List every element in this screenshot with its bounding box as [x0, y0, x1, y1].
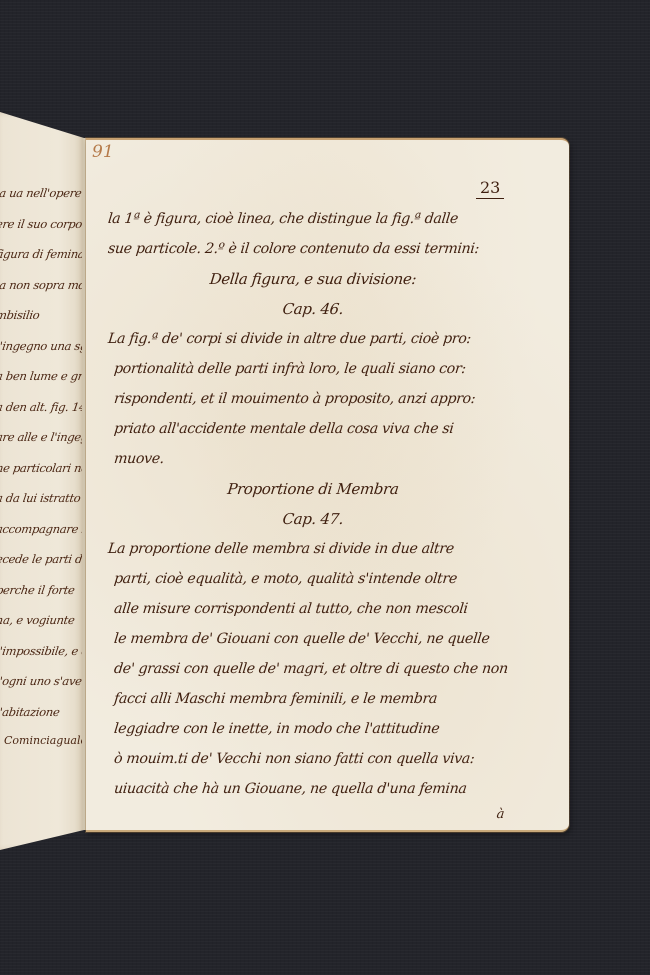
verso-line: mbisilio — [0, 300, 84, 331]
verso-signature-note: Cominciaguale della fig. il — [4, 734, 84, 747]
verso-line: l'ogni uno s'avendar — [0, 666, 84, 697]
text-line: rispondenti, et il mouimento à proposito… — [106, 384, 519, 414]
text-line: facci alli Maschi membra feminili, e le … — [106, 684, 519, 714]
verso-line: ha, e vogiunte — [0, 605, 84, 636]
verso-line: l'ingegno una sga — [0, 331, 84, 362]
text-line: uiuacità che hà un Giouane, ne quella d'… — [106, 774, 519, 804]
verso-line: accompagnare l'uso del — [0, 514, 84, 545]
left-page-verso: la ua nell'opere simili ere il suo corpo… — [0, 112, 84, 850]
catchword: à — [107, 804, 519, 826]
section-title: Proportione di Membra — [106, 474, 519, 504]
verso-line: ia non sopra mdesima — [0, 270, 84, 301]
verso-line: la ua nell'opere simili — [0, 178, 84, 209]
verso-line: ne particolari nelle — [0, 453, 84, 484]
chapter-number: Cap. 46. — [106, 294, 519, 324]
verso-line: l'abitazione — [0, 697, 84, 728]
text-line: portionalità delle parti infrà loro, le … — [106, 354, 519, 384]
text-line: La proportione delle membra si divide in… — [106, 534, 519, 564]
verso-text-block: la ua nell'opere simili ere il suo corpo… — [0, 178, 84, 727]
text-line: alle misure corrispondenti al tutto, che… — [106, 594, 519, 624]
verso-line: l'impossibile, e con — [0, 636, 84, 667]
text-line: priato all'accidente mentale della cosa … — [106, 414, 519, 444]
verso-line: a den alt. fig. 14 — [0, 392, 84, 423]
verso-line: perche il forte — [0, 575, 84, 606]
text-line: le membra de' Giouani con quelle de' Vec… — [106, 624, 519, 654]
page-number: 23 — [476, 180, 504, 199]
text-line: de' grassi con quelle de' magri, et oltr… — [106, 654, 519, 684]
text-line: sue particole. 2.º è il colore contenuto… — [106, 234, 519, 264]
verso-line: are alle e l'ingegno — [0, 422, 84, 453]
manuscript-text-block: la 1ª è figura, cioè linea, che distingu… — [108, 204, 518, 826]
text-line: parti, cioè equalità, e moto, qualità s'… — [106, 564, 519, 594]
verso-line: ere il suo corpo e la sga — [0, 209, 84, 240]
folio-mark: 91 — [92, 142, 114, 162]
verso-line: ecede le parti delle — [0, 544, 84, 575]
verso-line: a da lui istratto a'den — [0, 483, 84, 514]
verso-line: a ben lume e gratia — [0, 361, 84, 392]
text-line: La fig.ª de' corpi si divide in altre du… — [106, 324, 519, 354]
verso-line: figura di femina, e le mone — [0, 239, 84, 270]
text-line: ò mouim.ti de' Vecchi non siano fatti co… — [106, 744, 519, 774]
section-title: Della figura, e sua divisione: — [106, 264, 519, 294]
right-page-recto: 91 23 la 1ª è figura, cioè linea, che di… — [86, 138, 569, 832]
text-line: la 1ª è figura, cioè linea, che distingu… — [106, 204, 519, 234]
chapter-number: Cap. 47. — [106, 504, 519, 534]
text-line: leggiadre con le inette, in modo che l'a… — [106, 714, 519, 744]
text-line: muove. — [106, 444, 519, 474]
